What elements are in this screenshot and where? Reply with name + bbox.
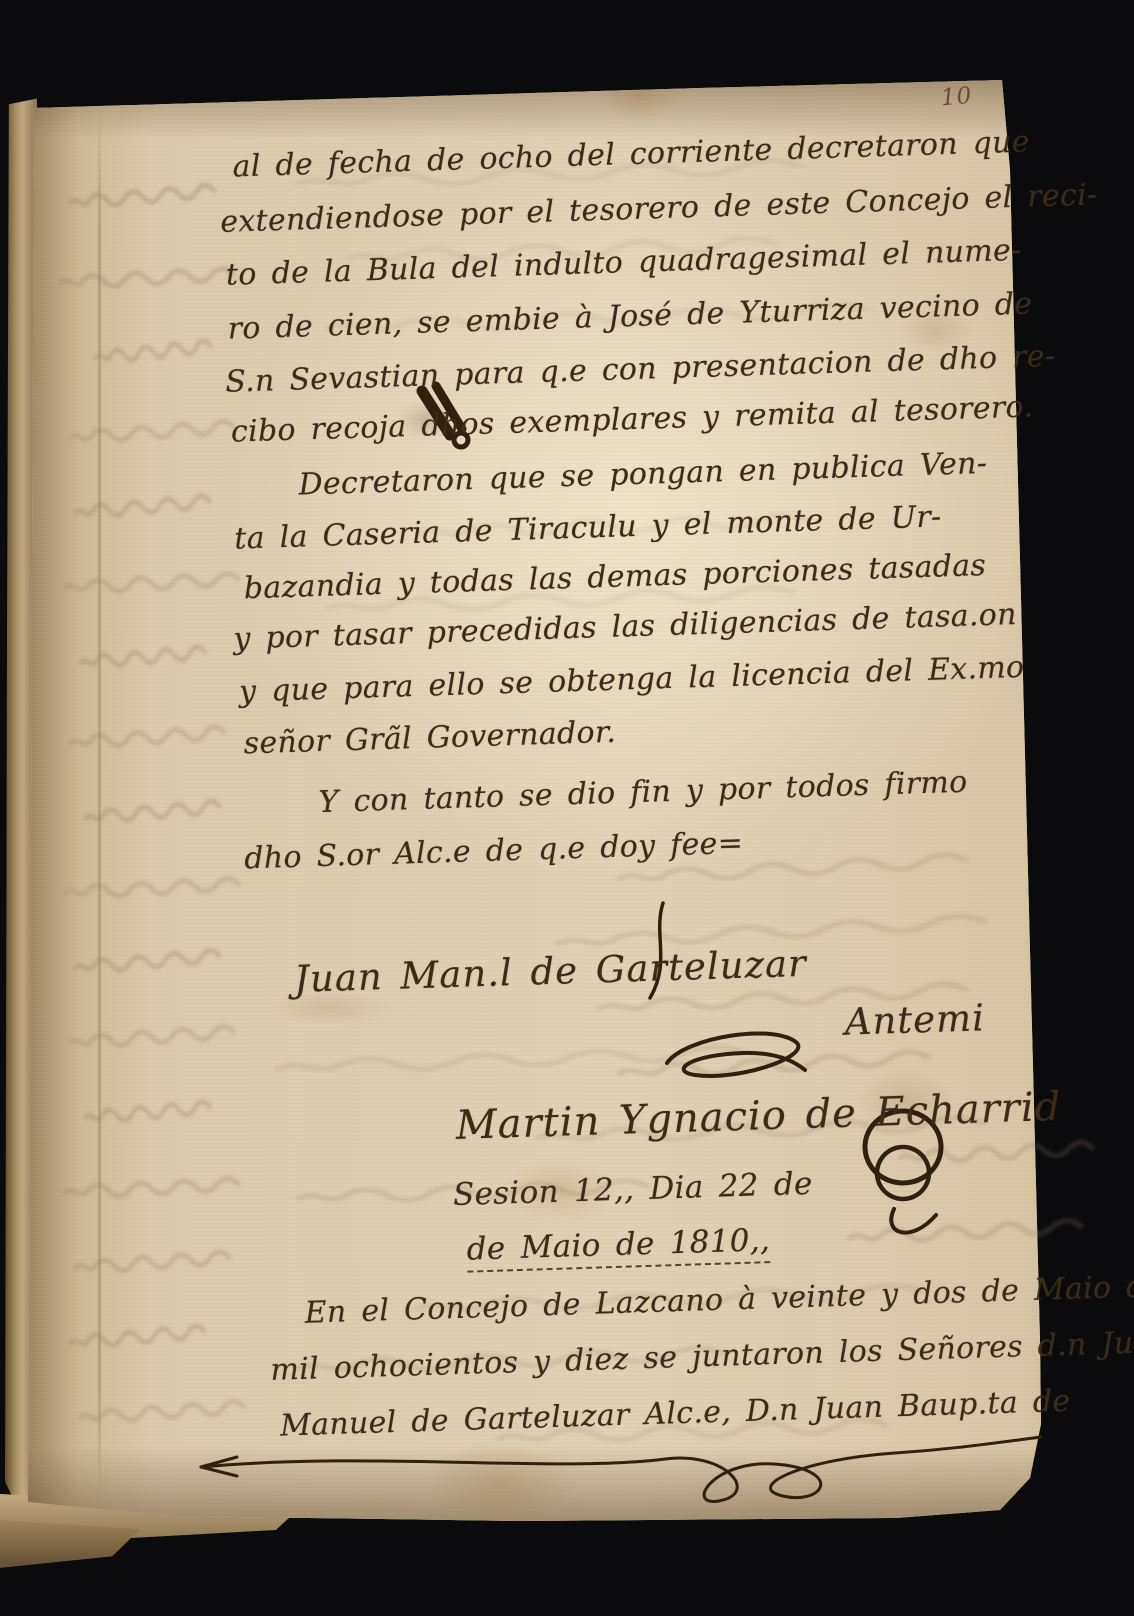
manuscript-line: En el Concejo de Lazcano à veinte y dos … [304,1269,1134,1331]
manuscript-line: Y con tanto se dio fin y por todos firmo [318,765,968,820]
manuscript-line: Manuel de Garteluzar Alc.e, D.n Juan Bau… [280,1384,1071,1444]
signature-juan-garteluzar: Juan Man.l de Garteluzar [293,942,807,1001]
manuscript-line: Decretaron que se pongan en publica Ven- [298,446,988,503]
manuscript-line: ro de cien, se embie à José de Yturriza … [227,286,1033,346]
page-number: 10 [940,83,973,112]
manuscript-line: bazandia y todas las demas porciones tas… [243,548,986,606]
manuscript-line: cibo recoja dhos exemplares y remita al … [230,389,1033,449]
manuscript-page-scan: al de fecha de ocho del corriente decret… [0,0,1134,1616]
signature-martin-echarrid: Martin Ygnacio de Echarrid [455,1084,1062,1149]
ante-mi-note: Antemi [844,996,986,1043]
manuscript-line: señor Grãl Governador. [243,715,616,762]
manuscript-line: to de la Bula del indulto quadragesimal … [225,233,1022,293]
session-date-heading: de Maio de 1810,, [466,1222,771,1273]
manuscript-line: y que para ello se obtenga la licencia d… [239,650,1025,710]
manuscript-line: dho S.or Alc.e de q.e doy fee= [244,826,744,877]
manuscript-line: y por tasar precedidas las diligencias d… [233,597,1017,657]
manuscript-line: extendiendose por el tesorero de este Co… [220,177,1098,240]
manuscript-line: S.n Sevastian para q.e con presentacion … [225,339,1056,400]
session-heading: Sesion 12,, Dia 22 de [452,1166,813,1213]
manuscript-text-block: al de fecha de ocho del corriente decret… [215,122,1089,1547]
manuscript-line: mil ochocientos y diez se juntaron los S… [270,1325,1134,1388]
manuscript-line: ta la Caseria de Tiraculu y el monte de … [234,499,942,556]
